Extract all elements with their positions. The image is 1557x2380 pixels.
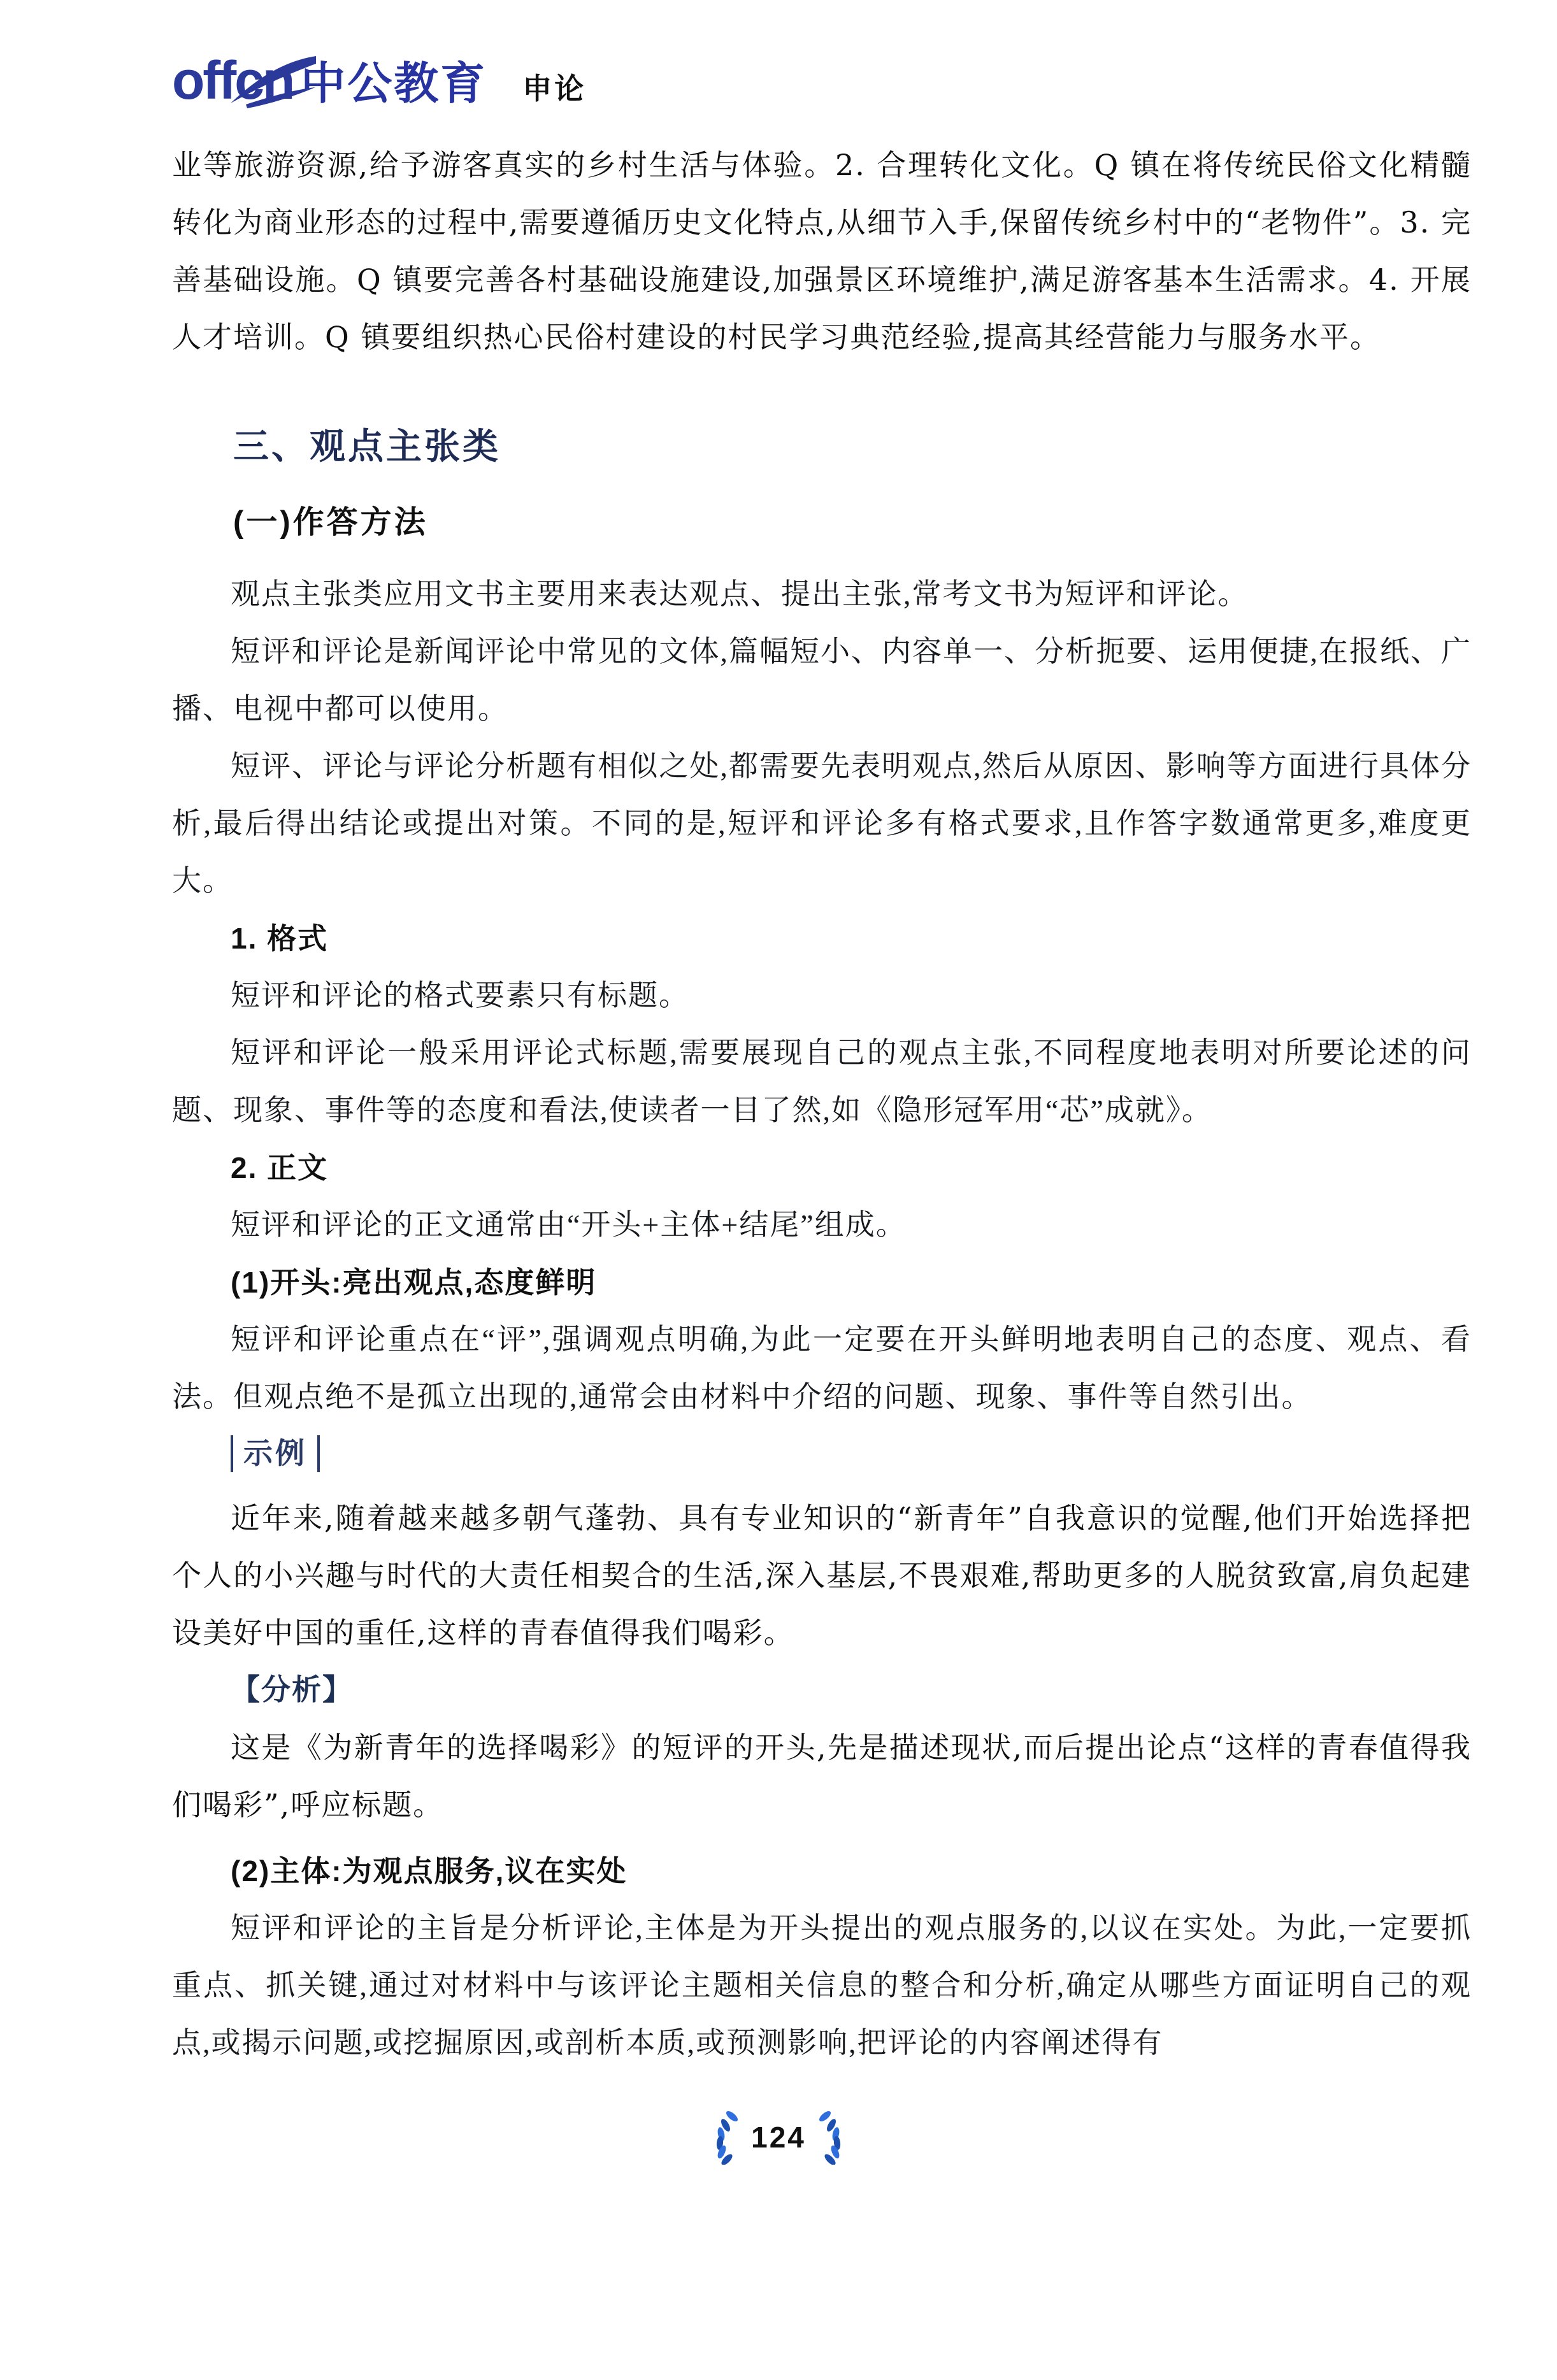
body-section-paragraph: 短评和评论的主旨是分析评论,主体是为开头提出的观点服务的,以议在实处。为此,一定… xyxy=(172,1900,1472,2072)
page-footer: 124 xyxy=(0,2110,1557,2165)
analysis-marker: 【分析】 xyxy=(231,1661,1472,1719)
laurel-left-icon xyxy=(709,2110,738,2165)
format-paragraph: 短评和评论一般采用评论式标题,需要展现自己的观点主张,不同程度地表明对所要论述的… xyxy=(172,1024,1472,1139)
logo-swoosh-icon xyxy=(209,55,317,113)
intro-paragraph: 短评、评论与评论分析题有相似之处,都需要先表明观点,然后从原因、影响等方面进行具… xyxy=(172,738,1472,910)
main-text-heading: 2. 正文 xyxy=(231,1139,1472,1196)
format-heading: 1. 格式 xyxy=(231,910,1472,967)
page-number: 124 xyxy=(751,2120,806,2154)
opening-paragraph: 短评和评论重点在“评”,强调观点明确,为此一定要在开头鲜明地表明自己的态度、观点… xyxy=(172,1311,1472,1426)
book-subject-label: 申论 xyxy=(522,74,586,103)
laurel-right-icon xyxy=(819,2110,848,2165)
opening-heading: (1)开头:亮出观点,态度鲜明 xyxy=(231,1254,1472,1311)
section-heading: 三、观点主张类 xyxy=(233,418,1472,475)
book-page: offcn 中公教育 申论 业等旅游资源,给予游客真实的乡村生活与体验。2. 合… xyxy=(0,0,1557,2380)
intro-paragraph: 短评和评论是新闻评论中常见的文体,篇幅短小、内容单一、分析扼要、运用便捷,在报纸… xyxy=(172,623,1472,738)
continuation-paragraph: 业等旅游资源,给予游客真实的乡村生活与体验。2. 合理转化文化。Q 镇在将传统民… xyxy=(172,136,1472,366)
format-paragraph: 短评和评论的格式要素只有标题。 xyxy=(172,967,1472,1024)
subsection-heading: (一)作答方法 xyxy=(233,497,1472,548)
intro-paragraph: 观点主张类应用文书主要用来表达观点、提出主张,常考文书为短评和评论。 xyxy=(172,566,1472,623)
offcn-logo: offcn 中公教育 申论 xyxy=(172,54,1557,107)
page-content: 业等旅游资源,给予游客真实的乡村生活与体验。2. 合理转化文化。Q 镇在将传统民… xyxy=(0,136,1557,2072)
body-section-heading: (2)主体:为观点服务,议在实处 xyxy=(231,1842,1472,1900)
example-paragraph: 近年来,随着越来越多朝气蓬勃、具有专业知识的“新青年”自我意识的觉醒,他们开始选… xyxy=(172,1489,1472,1661)
page-header: offcn 中公教育 申论 xyxy=(0,0,1557,136)
analysis-paragraph: 这是《为新青年的选择喝彩》的短评的开头,先是描述现状,而后提出论点“这样的青春值… xyxy=(172,1719,1472,1833)
example-marker-row: 示例 xyxy=(231,1432,1472,1489)
logo-wordmark-cn: 中公教育 xyxy=(301,61,487,106)
example-marker: 示例 xyxy=(231,1435,320,1472)
main-text-paragraph: 短评和评论的正文通常由“开头+主体+结尾”组成。 xyxy=(172,1196,1472,1254)
